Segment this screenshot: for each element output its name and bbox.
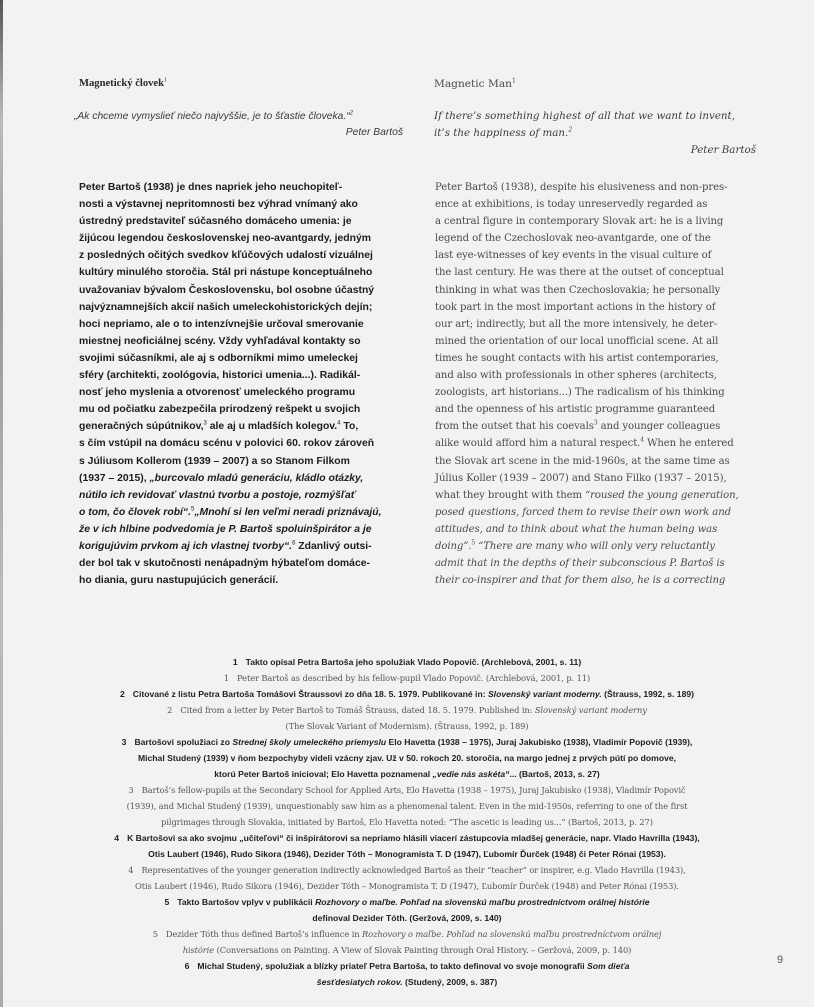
footnote-1-en: 1Peter Bartoš as described by his fellow… <box>40 670 774 686</box>
body-line: s čím vstúpil na domácu scénu v polovici… <box>79 435 410 452</box>
english-motto: If there’s something highest of all that… <box>434 108 756 159</box>
body-line: uvažovaniav bývalom Československu, bol … <box>79 282 410 299</box>
body-line: and the openness of his artistic program… <box>435 401 770 418</box>
body-line: Peter Bartoš (1938) je dnes napriek jeho… <box>79 179 410 196</box>
body-line: admit that in the depths of their subcon… <box>435 555 770 572</box>
slovak-motto: „Ak chceme vymyslieť niečo najvyššie, je… <box>74 109 403 141</box>
body-line: ho diania, guru nastupujúcich generácií. <box>79 572 410 589</box>
body-line: generačných súpútnikov,3 ale aj u mladší… <box>79 418 410 435</box>
footnote-2-sk: 2Citované z listu Petra Bartoša Tomášovi… <box>40 686 774 702</box>
body-line: najvýznamnejších akcií našich umeleckohi… <box>79 299 410 316</box>
motto-quote-line: If there’s something highest of all that… <box>434 108 756 125</box>
body-line: posed questions, forced them to revise t… <box>435 504 770 521</box>
body-line: ústredný predstaviteľ súčasného domáceho… <box>79 213 410 230</box>
motto-author: Peter Bartoš <box>74 125 403 141</box>
body-line: last eye-witnesses of key events in the … <box>435 247 770 264</box>
footnote-3-en: 3Bartoš’s fellow-pupils at the Secondary… <box>40 782 774 830</box>
body-line: Peter Bartoš (1938), despite his elusive… <box>435 179 770 196</box>
body-line: attitudes, and to think about what the h… <box>435 521 770 538</box>
body-line: thinking in what was then Czechoslovakia… <box>435 282 770 299</box>
body-line: mu od počiatku zabezpečila prirodzený re… <box>79 401 410 418</box>
motto-quote-line: it’s the happiness of man. <box>434 127 568 139</box>
body-line: kultúry minulého storočia. Stál pri nást… <box>79 264 410 281</box>
body-line: (1937 – 2015), „burcovalo mladú generáci… <box>79 470 410 487</box>
footnote-6-sk: 6Michal Studený, spolužiak a blízky pria… <box>40 958 774 990</box>
body-line: legend of the Czechoslovak neo-avantgard… <box>435 230 770 247</box>
body-line: sféry (architekti, zoológovia, historici… <box>79 367 410 384</box>
body-line: hoci nepriamo, ale o to intenzívnejšie u… <box>79 316 410 333</box>
body-line: our art; indirectly, but all the more in… <box>435 316 770 333</box>
body-line: and also with professionals in other sph… <box>435 367 770 384</box>
slovak-body-text: Peter Bartoš (1938) je dnes napriek jeho… <box>79 179 410 589</box>
motto-quote: „Ak chceme vymyslieť niečo najvyššie, je… <box>74 111 350 122</box>
body-line: took part in the most important actions … <box>435 299 770 316</box>
body-line: korigujúvim prvkom aj ich vlastnej tvorb… <box>79 538 410 555</box>
body-line: Július Koller (1939 – 2007) and Stano Fi… <box>435 470 770 487</box>
footnote-ref[interactable]: 1 <box>512 77 516 84</box>
body-line: z posledných očitých svedkov kľúčových u… <box>79 247 410 264</box>
body-line: miestnej neoficiálnej scény. Vždy vyhľad… <box>79 333 410 350</box>
slovak-title: Magnetický človek1 <box>79 78 167 89</box>
body-line: alike would afford him a natural respect… <box>435 435 770 452</box>
body-line: the Slovak art scene in the mid-1960s, a… <box>435 453 770 470</box>
body-line: der bol tak v skutočnosti nenápadným hýb… <box>79 555 410 572</box>
body-line: zoologists, art historians...) The radic… <box>435 384 770 401</box>
body-line: the last century. He was there at the ou… <box>435 264 770 281</box>
motto-author: Peter Bartoš <box>434 142 756 159</box>
body-line: their co-inspirer and that for them also… <box>435 572 770 589</box>
body-line: nosti a výstavnej nepritomnosti bez výhr… <box>79 196 410 213</box>
footnote-2-en: 2Cited from a letter by Peter Bartoš to … <box>40 702 774 734</box>
body-line: what they brought with them “roused the … <box>435 487 770 504</box>
footnote-5-sk: 5Takto Bartošov vplyv v publikácii Rozho… <box>40 894 774 926</box>
body-line: mined the orientation of our local unoff… <box>435 333 770 350</box>
page-number: 9 <box>777 954 783 966</box>
footnote-4-en: 4Representatives of the younger generati… <box>40 862 774 894</box>
body-line: a central figure in contemporary Slovak … <box>435 213 770 230</box>
footnotes: 1Takto opísal Petra Bartoša jeho spoluži… <box>40 654 774 990</box>
page-edge-shadow <box>0 0 3 1007</box>
english-title: Magnetic Man1 <box>434 78 516 90</box>
body-line: s Júliusom Kollerom (1939 – 2007) a so S… <box>79 453 410 470</box>
footnote-5-en: 5Dezider Tóth thus defined Bartoš’s infl… <box>40 926 774 958</box>
footnote-3-sk: 3Bartošovi spolužiaci zo Strednej školy … <box>40 734 774 782</box>
footnote-ref[interactable]: 2 <box>350 111 353 117</box>
body-line: o tom, čo človek robí“.5„Mnohí si len ve… <box>79 504 410 521</box>
body-line: from the outset that his coevals3 and yo… <box>435 418 770 435</box>
footnote-ref[interactable]: 1 <box>164 77 167 83</box>
body-line: times he sought contacts with his artist… <box>435 350 770 367</box>
english-body-text: Peter Bartoš (1938), despite his elusive… <box>435 179 770 589</box>
footnote-4-sk: 4K Bartošovi sa ako svojmu „učiteľovi“ č… <box>40 830 774 862</box>
footnote-ref[interactable]: 2 <box>568 127 572 134</box>
body-line: nosť jeho myslenia a otvorenosť umelecké… <box>79 384 410 401</box>
footnote-1-sk: 1Takto opísal Petra Bartoša jeho spoluži… <box>40 654 774 670</box>
body-line: nútilo ich revidovať vlastnú tvorbu a po… <box>79 487 410 504</box>
body-line: ence at exhibitions, is today unreserved… <box>435 196 770 213</box>
body-line: doing”.5 “There are many who will only v… <box>435 538 770 555</box>
body-line: žijúcou legendou československej neo-ava… <box>79 230 410 247</box>
body-line: svojimi súčasníkmi, ale aj s odborníkmi … <box>79 350 410 367</box>
body-line: že v ich hlbine podvedomia je P. Bartoš … <box>79 521 410 538</box>
